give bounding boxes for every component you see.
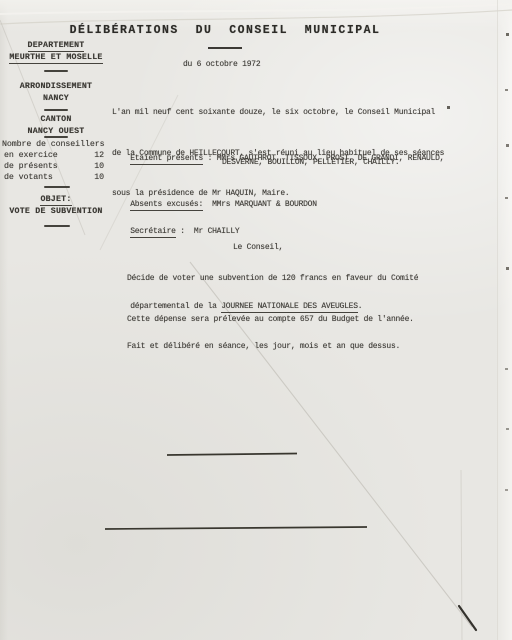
decision-line-1: Décide de voter une subvention de 120 fr…	[127, 272, 418, 286]
decision-suffix: .	[358, 302, 363, 311]
edge-speck	[506, 267, 509, 270]
sidebar-canton-label: CANTON	[0, 115, 112, 124]
presents-separator: :	[203, 154, 217, 163]
sidebar-counts-heading: Nombre de conseillers	[2, 140, 104, 149]
count-row-presents: de présents 10	[4, 162, 104, 171]
signature-rule-short	[167, 454, 297, 456]
count-value: 12	[94, 151, 104, 160]
separator-rule	[44, 186, 70, 188]
secretaire-name: : Mr CHAILLY	[176, 227, 240, 236]
presents-names-continued: DESVERNE, BOUILLON, PELLETIER, CHAILLY.	[222, 156, 399, 170]
edge-speck	[505, 89, 508, 91]
edge-speck	[506, 144, 509, 147]
absents-names: MMrs MARQUANT & BOURDON	[203, 200, 317, 209]
count-value: 10	[94, 162, 104, 171]
sidebar-objet-label: OBJET:	[0, 195, 112, 204]
secretaire-line: Secrétaire : Mr CHAILLY	[112, 211, 239, 252]
crease-vertical-right	[461, 470, 462, 640]
signature-rule-long	[105, 527, 367, 529]
edge-speck	[506, 33, 509, 36]
sidebar-arrondissement-label: ARRONDISSEMENT	[0, 82, 112, 91]
opening-line: L'an mil neuf cent soixante douze, le si…	[112, 106, 444, 120]
document-page: DÉLIBÉRATIONS DU CONSEIL MUNICIPAL DEPAR…	[0, 0, 512, 640]
sidebar-arrondissement-value: NANCY	[0, 94, 112, 103]
pen-stroke	[459, 606, 476, 630]
count-row-exercice: en exercice 12	[4, 151, 104, 160]
separator-rule	[44, 225, 70, 227]
conseil-line: Le Conseil,	[233, 241, 283, 255]
separator-rule	[44, 109, 68, 111]
closing-line: Fait et délibéré en séance, les jour, mo…	[127, 340, 400, 354]
sidebar-departement-label: DEPARTEMENT	[0, 41, 112, 50]
title-rule	[208, 47, 242, 49]
sidebar-canton-value: NANCY OUEST	[0, 127, 112, 136]
session-date: du 6 octobre 1972	[183, 58, 260, 72]
sidebar-departement-value: MEURTHE ET MOSELLE	[0, 53, 112, 62]
count-value: 10	[94, 173, 104, 182]
decision-underlined: JOURNEE NATIONALE DES AVEUGLES	[221, 302, 358, 313]
edge-speck	[505, 197, 508, 199]
count-label: en exercice	[4, 151, 58, 160]
count-label: de votants	[4, 173, 53, 182]
separator-rule	[44, 70, 68, 72]
separator-rule	[44, 136, 68, 138]
decision-prefix: départemental de la	[130, 302, 221, 311]
paper-speck	[447, 106, 450, 109]
absents-label: Absents excusés:	[130, 200, 203, 211]
edge-speck	[506, 428, 509, 430]
sidebar-objet-value: VOTE DE SUBVENTION	[0, 207, 112, 216]
fold-highlight-top	[0, 4, 512, 14]
document-title: DÉLIBÉRATIONS DU CONSEIL MUNICIPAL	[40, 24, 410, 37]
expense-line: Cette dépense sera prélevée au compte 65…	[127, 313, 414, 327]
edge-speck	[505, 489, 508, 491]
secretaire-label: Secrétaire	[130, 227, 176, 238]
fold-crease-top	[0, 10, 512, 24]
count-label: de présents	[4, 162, 58, 171]
presents-label: Etaient présents	[130, 154, 203, 165]
edge-speck	[505, 368, 508, 370]
count-row-votants: de votants 10	[4, 173, 104, 182]
